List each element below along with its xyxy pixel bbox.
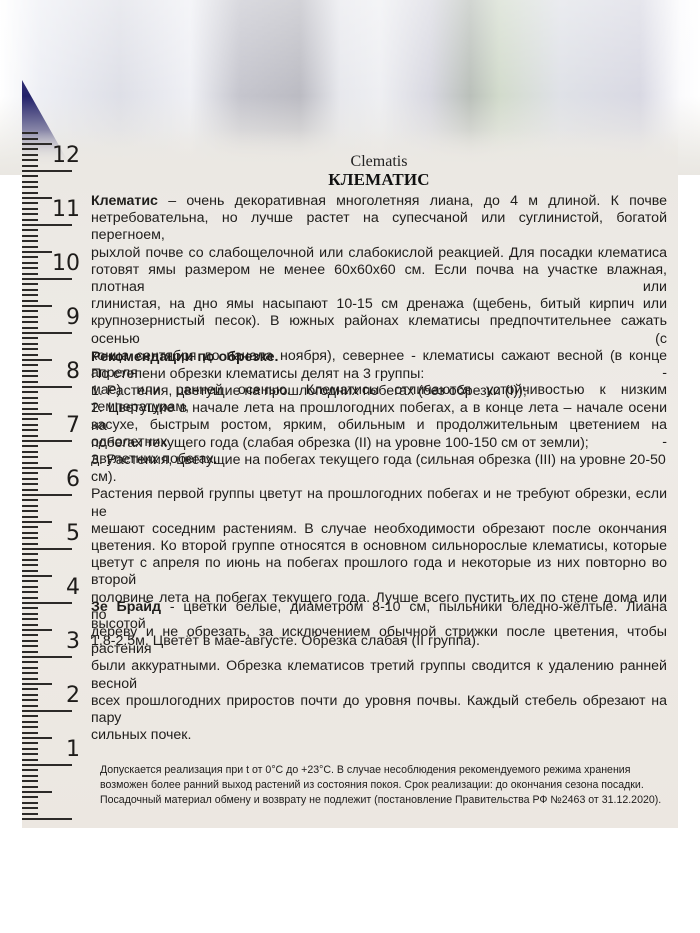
ruler-mm-tick xyxy=(22,807,38,809)
ruler-mm-tick xyxy=(22,661,38,663)
footer-line: возможен более ранний выход растений из … xyxy=(100,778,670,793)
ruler-label: 1 xyxy=(22,737,80,762)
ruler-mm-tick xyxy=(22,229,38,231)
ruler-mm-tick xyxy=(22,445,38,447)
ruler-mm-tick xyxy=(22,343,38,345)
ruler-cm-tick xyxy=(22,710,72,712)
ruler-mm-tick xyxy=(22,451,38,453)
ruler-mm-tick xyxy=(22,289,38,291)
intro-line: крупнозернистый песок). В южных районах … xyxy=(91,313,667,347)
ruler-mm-tick xyxy=(22,510,38,512)
ruler-cm-tick xyxy=(22,602,72,604)
ruler-label: 5 xyxy=(22,521,80,546)
ruler-mm-tick xyxy=(22,391,38,393)
ruler-mm-tick xyxy=(22,181,38,183)
pruning-group-2-cont: побегах текущего года (слабая обрезка (I… xyxy=(91,435,667,452)
ruler-mm-tick xyxy=(22,192,38,194)
ruler-mm-tick xyxy=(22,678,38,680)
ruler-mm-tick xyxy=(22,348,38,350)
pruning-detail-line: были аккуратными. Обрезка клематисов тре… xyxy=(91,658,667,692)
ruler-cm-tick xyxy=(22,278,72,280)
ruler-mm-tick xyxy=(22,175,38,177)
ruler-mm-tick xyxy=(22,138,38,140)
ruler-cm-tick xyxy=(22,548,72,550)
pruning-detail-line: всех прошлогодних приростов почти до уро… xyxy=(91,693,667,727)
ruler-cm-tick xyxy=(22,224,72,226)
product-title: КЛЕМАТИС xyxy=(91,171,667,188)
variety-name: Зе Брайд xyxy=(91,599,161,615)
ruler-mm-tick xyxy=(22,240,38,242)
pruning-intro: По степени обрезки клематисы делят на 3 … xyxy=(91,366,667,383)
intro-term: Клематис xyxy=(91,193,158,209)
ruler-mm-tick xyxy=(22,559,38,561)
ruler-mm-tick xyxy=(22,300,38,302)
pruning-detail-line: сильных почек. xyxy=(91,727,667,744)
ruler-mm-tick xyxy=(22,813,38,815)
ruler-mm-tick xyxy=(22,802,38,804)
ruler-mm-tick xyxy=(22,726,38,728)
ruler-label: 12 xyxy=(22,143,80,168)
ruler-mm-tick xyxy=(22,132,38,134)
pruning-group-3: 3. Растения, цветущие на побегах текущег… xyxy=(91,452,667,486)
variety-text: - цветки белые, диаметром 8-10 см, пыльн… xyxy=(91,599,667,632)
pruning-heading: Рекомендации по обрезке. xyxy=(91,349,279,366)
pruning-detail-line: цветут с апреля по июнь на побегах прошл… xyxy=(91,555,667,589)
pruning-body: По степени обрезки клематисы делят на 3 … xyxy=(91,366,667,744)
ruler-mm-tick xyxy=(22,791,52,793)
ruler-mm-tick xyxy=(22,780,38,782)
ruler-mm-tick xyxy=(22,732,38,734)
ruler-mm-tick xyxy=(22,564,38,566)
footer-line: Посадочный материал обмену и возврату не… xyxy=(100,793,670,808)
intro-line: нетребовательна, но лучше растет на супе… xyxy=(91,210,667,244)
ruler-mm-tick xyxy=(22,553,38,555)
ruler-mm-tick xyxy=(22,613,38,615)
ruler-mm-tick xyxy=(22,786,38,788)
storage-notice: Допускается реализация при t от 0°C до +… xyxy=(100,763,670,808)
ruler-label: 6 xyxy=(22,467,80,492)
ruler-mm-tick xyxy=(22,607,38,609)
ruler-mm-tick xyxy=(22,186,38,188)
ruler-label: 8 xyxy=(22,359,80,384)
ruler-cm-tick xyxy=(22,494,72,496)
intro-line: готовят ямы размером не менее 60х60х60 с… xyxy=(91,262,667,296)
centimeter-ruler: 121110987654321 xyxy=(22,130,92,830)
ruler-cm-tick xyxy=(22,332,72,334)
ruler-cm-tick xyxy=(22,170,72,172)
variety-line: 1,8-2.5м. Цветёт в мае-августе. Обрезка … xyxy=(91,633,667,650)
ruler-mm-tick xyxy=(22,456,38,458)
ruler-mm-tick xyxy=(22,402,38,404)
intro-text: – очень декоративная многолетняя лиана, … xyxy=(158,193,667,209)
ruler-cm-tick xyxy=(22,386,72,388)
intro-line: глинистая, на дно ямы насыпают 10-15 см … xyxy=(91,296,667,313)
ruler-label: 7 xyxy=(22,413,80,438)
ruler-mm-tick xyxy=(22,499,38,501)
latin-name: Clematis xyxy=(91,153,667,170)
pruning-detail-line: цветения. Ко второй группе относятся в о… xyxy=(91,538,667,555)
ruler-cm-tick xyxy=(22,440,72,442)
ruler-mm-tick xyxy=(22,235,38,237)
ruler-mm-tick xyxy=(22,624,38,626)
ruler-label: 9 xyxy=(22,305,80,330)
intro-line: рыхлой почве со слабощелочной или слабок… xyxy=(91,245,667,262)
ruler-mm-tick xyxy=(22,354,38,356)
ruler-mm-tick xyxy=(22,337,38,339)
pruning-group-2: 2. Цветущие в начале лета на прошлогодни… xyxy=(91,400,667,434)
pruning-detail-line: Растения первой группы цветут на прошлог… xyxy=(91,486,667,520)
ruler-mm-tick xyxy=(22,294,38,296)
intro-line-0: Клематис – очень декоративная многолетня… xyxy=(91,193,667,210)
variety-line-0: Зе Брайд - цветки белые, диаметром 8-10 … xyxy=(91,599,667,633)
ruler-mm-tick xyxy=(22,775,38,777)
ruler-mm-tick xyxy=(22,408,38,410)
ruler-mm-tick xyxy=(22,672,38,674)
ruler-mm-tick xyxy=(22,516,38,518)
ruler-label: 2 xyxy=(22,683,80,708)
ruler-mm-tick xyxy=(22,721,38,723)
pruning-detail-line: мешают соседним растениям. В случае необ… xyxy=(91,521,667,538)
ruler-mm-tick xyxy=(22,769,38,771)
ruler-label: 11 xyxy=(22,197,80,222)
ruler-cm-tick xyxy=(22,656,72,658)
ruler-label: 10 xyxy=(22,251,80,276)
ruler-mm-tick xyxy=(22,246,38,248)
ruler-mm-tick xyxy=(22,667,38,669)
ruler-cm-tick xyxy=(22,764,72,766)
ruler-mm-tick xyxy=(22,505,38,507)
variety-description: Зе Брайд - цветки белые, диаметром 8-10 … xyxy=(91,599,667,651)
ruler-mm-tick xyxy=(22,796,38,798)
footer-line: Допускается реализация при t от 0°C до +… xyxy=(100,763,670,778)
ruler-mm-tick xyxy=(22,283,38,285)
ruler-cm-tick xyxy=(22,818,72,820)
ruler-label: 4 xyxy=(22,575,80,600)
ruler-label: 3 xyxy=(22,629,80,654)
ruler-mm-tick xyxy=(22,715,38,717)
ruler-mm-tick xyxy=(22,462,38,464)
pruning-group-1: 1. Растения, цветущие на прошлогодних по… xyxy=(91,383,667,400)
ruler-mm-tick xyxy=(22,618,38,620)
ruler-mm-tick xyxy=(22,397,38,399)
ruler-mm-tick xyxy=(22,570,38,572)
